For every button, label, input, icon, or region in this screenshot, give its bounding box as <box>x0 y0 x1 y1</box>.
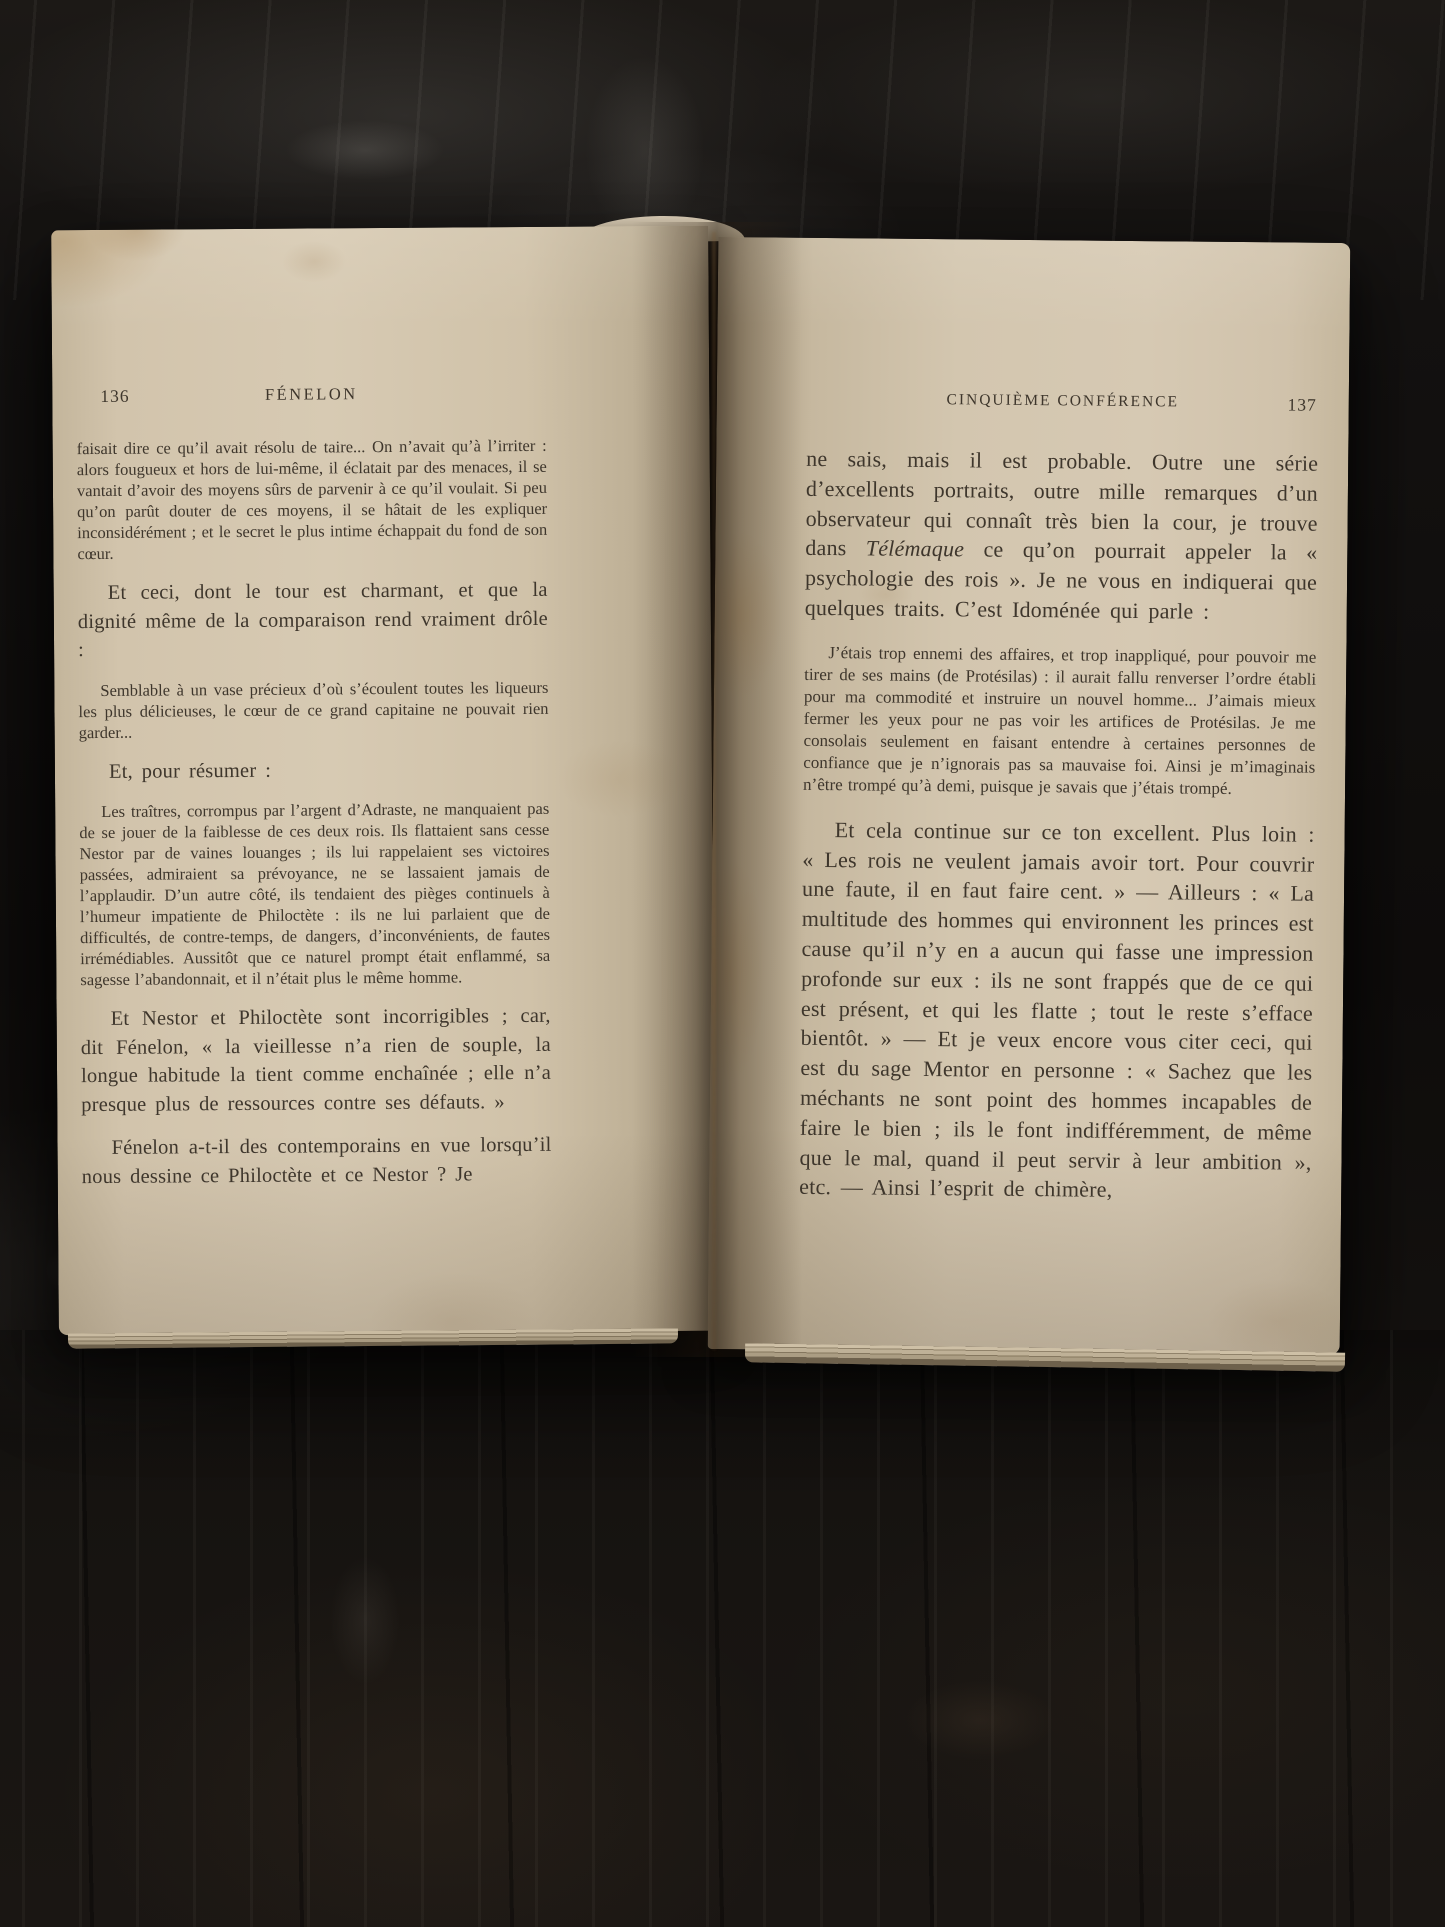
body-paragraph: Et ceci, dont le tour est charmant, et q… <box>78 576 549 665</box>
body-paragraph: Et cela continue sur ce ton excellent. P… <box>799 815 1315 1207</box>
page-number-137: 137 <box>1287 394 1316 415</box>
book-page-right: CINQUIÈME CONFÉRENCE 137 ne sais, mais i… <box>708 237 1351 1355</box>
italic-book-title: Télémaque <box>866 536 965 562</box>
body-paragraph: ne sais, mais il est probable. Outre une… <box>805 444 1319 628</box>
body-paragraph: Fénelon a-t-il des contemporains en vue … <box>81 1131 551 1191</box>
running-head-cinquieme-conference: CINQUIÈME CONFÉRENCE <box>807 390 1319 413</box>
book-page-left: 136 FÉNELON faisait dire ce qu’il avait … <box>51 226 716 1336</box>
running-head-fenelon: FÉNELON <box>76 383 546 406</box>
quote-paragraph: Semblable à un vase précieux d’où s’écou… <box>78 676 548 742</box>
right-page-header: CINQUIÈME CONFÉRENCE 137 <box>807 390 1319 419</box>
right-page-text-block: ne sais, mais il est probable. Outre une… <box>799 444 1318 1207</box>
quote-paragraph: faisait dire ce qu’il avait résolu de ta… <box>77 435 548 564</box>
quote-paragraph: Les traîtres, corrompus par l’argent d’A… <box>79 798 550 990</box>
left-page-header: 136 FÉNELON <box>76 383 546 410</box>
quote-paragraph: J’étais trop ennemi des affaires, et tro… <box>803 642 1316 801</box>
body-paragraph: Et, pour résumer : <box>79 754 549 786</box>
left-page-text-block: faisait dire ce qu’il avait résolu de ta… <box>77 435 552 1191</box>
body-paragraph: Et Nestor et Philoctète sont incorrigibl… <box>81 1002 552 1119</box>
